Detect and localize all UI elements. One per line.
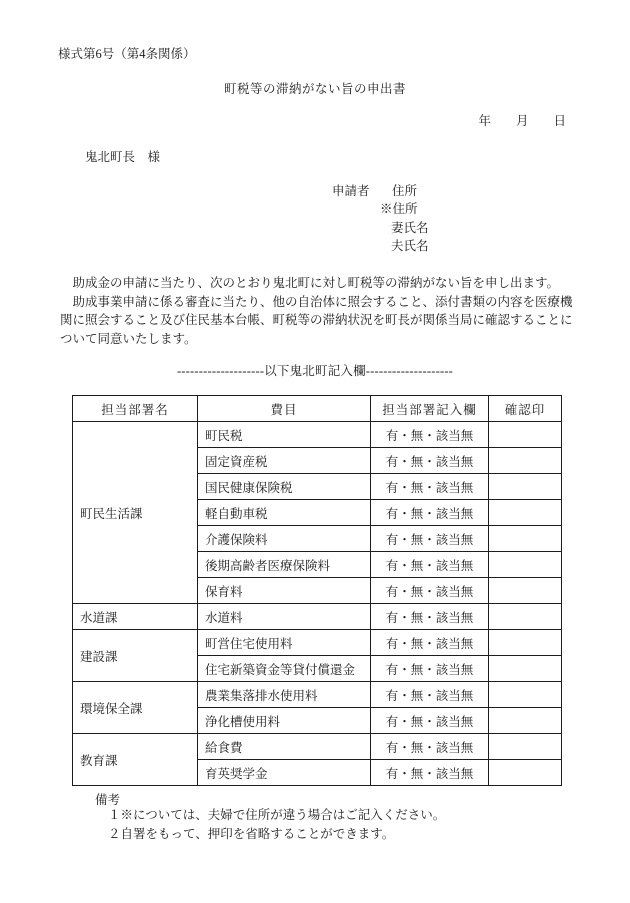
table-row: 建設課 町営住宅使用料 有・無・該当無 <box>73 630 562 656</box>
item-cell: 軽自動車税 <box>198 500 371 526</box>
applicant-address-label: 住所 <box>392 181 417 199</box>
department-cell: 教育課 <box>73 734 198 786</box>
seal-cell <box>489 708 562 734</box>
item-cell: 育英奨学金 <box>198 760 371 786</box>
entry-options-cell: 有・無・該当無 <box>371 682 489 708</box>
body-paragraph: 助成金の申請に当たり、次のとおり鬼北町に対し町税等の滞納がない旨を申し出ます。 … <box>60 274 625 349</box>
addressee: 鬼北町長 様 <box>85 147 160 165</box>
entry-options-cell: 有・無・該当無 <box>371 630 489 656</box>
table-row: 環境保全課 農業集落排水使用料 有・無・該当無 <box>73 682 562 708</box>
department-cell: 環境保全課 <box>73 682 198 734</box>
entry-options-cell: 有・無・該当無 <box>371 422 489 448</box>
entry-options-cell: 有・無・該当無 <box>371 578 489 604</box>
entry-options-cell: 有・無・該当無 <box>371 552 489 578</box>
department-cell: 水道課 <box>73 604 198 630</box>
wife-name-label: 妻氏名 <box>391 218 429 236</box>
document-page: { "document": { "form_number": "様式第6号（第4… <box>0 0 630 903</box>
item-cell: 町営住宅使用料 <box>198 630 371 656</box>
seal-cell <box>489 526 562 552</box>
col-header-entry: 担当部署記入欄 <box>371 396 489 422</box>
item-cell: 国民健康保険税 <box>198 474 371 500</box>
item-cell: 後期高齢者医療保険料 <box>198 552 371 578</box>
document-title: 町税等の滞納がない旨の申出書 <box>0 79 630 97</box>
item-cell: 固定資産税 <box>198 448 371 474</box>
item-cell: 浄化槽使用料 <box>198 708 371 734</box>
col-header-item: 費目 <box>198 396 371 422</box>
entry-options-cell: 有・無・該当無 <box>371 708 489 734</box>
department-cell: 建設課 <box>73 630 198 682</box>
table-row: 町民生活課 町民税 有・無・該当無 <box>73 422 562 448</box>
item-cell: 給食費 <box>198 734 371 760</box>
entry-options-cell: 有・無・該当無 <box>371 760 489 786</box>
seal-cell <box>489 448 562 474</box>
remark-note: ２自署をもって、押印を省略することができます。 <box>108 825 445 844</box>
date-line: 年 月 日 <box>478 111 566 129</box>
item-cell: 介護保険料 <box>198 526 371 552</box>
entry-options-cell: 有・無・該当無 <box>371 500 489 526</box>
item-cell: 保育料 <box>198 578 371 604</box>
remark-note: １※については、夫婦で住所が違う場合はご記入ください。 <box>108 806 445 825</box>
entry-options-cell: 有・無・該当無 <box>371 656 489 682</box>
table-row: 教育課 給食費 有・無・該当無 <box>73 734 562 760</box>
section-divider: --------------------以下鬼北町記入欄------------… <box>0 361 630 379</box>
remarks-notes: １※については、夫婦で住所が違う場合はご記入ください。 ２自署をもって、押印を省… <box>108 806 445 844</box>
entry-options-cell: 有・無・該当無 <box>371 526 489 552</box>
item-cell: 住宅新築資金等貸付償還金 <box>198 656 371 682</box>
husband-name-label: 夫氏名 <box>391 236 429 254</box>
seal-cell <box>489 552 562 578</box>
entry-options-cell: 有・無・該当無 <box>371 734 489 760</box>
seal-cell <box>489 604 562 630</box>
fee-table: 担当部署名 費目 担当部署記入欄 確認印 町民生活課 町民税 有・無・該当無 固… <box>72 395 562 786</box>
applicant-alt-address-label: ※住所 <box>380 199 418 217</box>
table-row: 水道課 水道料 有・無・該当無 <box>73 604 562 630</box>
seal-cell <box>489 474 562 500</box>
col-header-department: 担当部署名 <box>73 396 198 422</box>
seal-cell <box>489 422 562 448</box>
seal-cell <box>489 682 562 708</box>
department-cell: 町民生活課 <box>73 422 198 604</box>
item-cell: 農業集落排水使用料 <box>198 682 371 708</box>
seal-cell <box>489 500 562 526</box>
form-number: 様式第6号（第4条関係） <box>58 44 196 62</box>
seal-cell <box>489 630 562 656</box>
item-cell: 水道料 <box>198 604 371 630</box>
item-cell: 町民税 <box>198 422 371 448</box>
entry-options-cell: 有・無・該当無 <box>371 604 489 630</box>
entry-options-cell: 有・無・該当無 <box>371 474 489 500</box>
table-header-row: 担当部署名 費目 担当部署記入欄 確認印 <box>73 396 562 422</box>
col-header-seal: 確認印 <box>489 396 562 422</box>
seal-cell <box>489 760 562 786</box>
entry-options-cell: 有・無・該当無 <box>371 448 489 474</box>
seal-cell <box>489 656 562 682</box>
seal-cell <box>489 578 562 604</box>
seal-cell <box>489 734 562 760</box>
applicant-label: 申請者 <box>332 181 370 199</box>
